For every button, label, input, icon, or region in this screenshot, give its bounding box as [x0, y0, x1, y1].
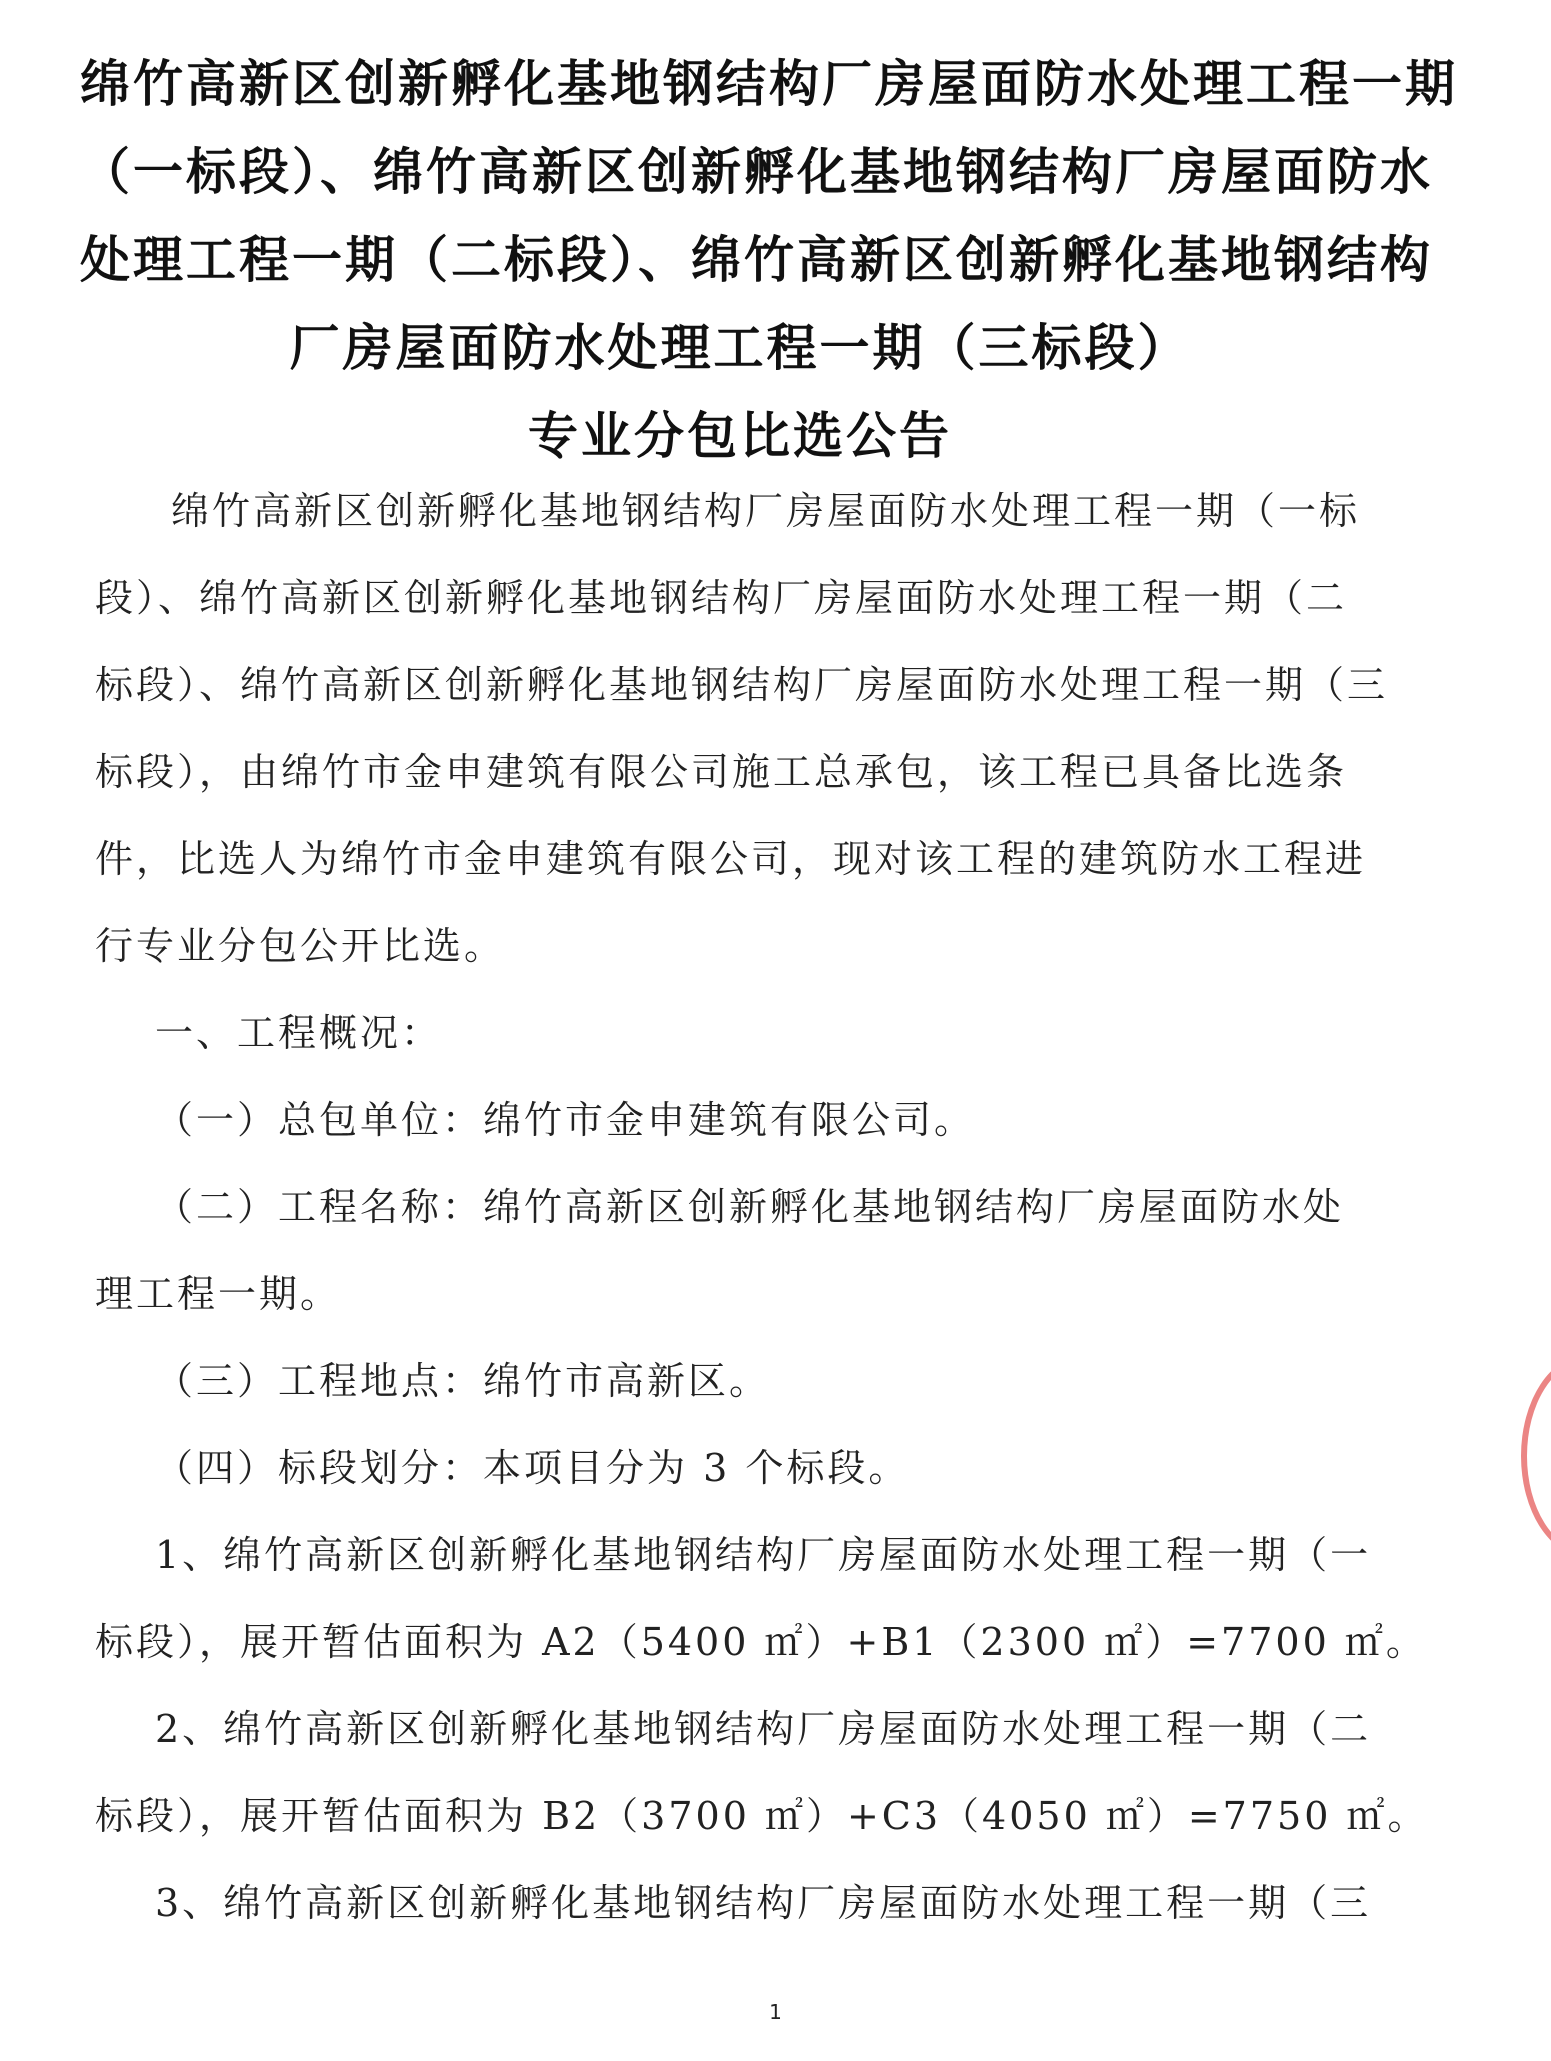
page-number: 1: [0, 2000, 1551, 2024]
sections-item: （四）标段划分：本项目分为 3 个标段。: [95, 1425, 1395, 1512]
intro-line-5: 件，比选人为绵竹市金申建筑有限公司，现对该工程的建筑防水工程进: [95, 816, 1395, 903]
document-subtitle: 专业分包比选公告: [80, 392, 1400, 480]
intro-line-1: 绵竹高新区创新孵化基地钢结构厂房屋面防水处理工程一期（一标: [95, 468, 1395, 555]
lot-2-line-2: 标段），展开暂估面积为 B2（3700 ㎡）+C3（4050 ㎡）=7750 ㎡…: [95, 1773, 1395, 1860]
body-text: 绵竹高新区创新孵化基地钢结构厂房屋面防水处理工程一期（一标 段）、绵竹高新区创新…: [95, 468, 1395, 1947]
title-block: 绵竹高新区创新孵化基地钢结构厂房屋面防水处理工程一期 （一标段）、绵竹高新区创新…: [80, 40, 1400, 480]
lot-1-line-1: 1、绵竹高新区创新孵化基地钢结构厂房屋面防水处理工程一期（一: [95, 1512, 1395, 1599]
document-page: 绵竹高新区创新孵化基地钢结构厂房屋面防水处理工程一期 （一标段）、绵竹高新区创新…: [0, 0, 1551, 2061]
project-name-item: （二）工程名称：绵竹高新区创新孵化基地钢结构厂房屋面防水处: [95, 1164, 1395, 1251]
lot-3-line-1: 3、绵竹高新区创新孵化基地钢结构厂房屋面防水处理工程一期（三: [95, 1860, 1395, 1947]
red-seal-stamp: [1521, 1355, 1551, 1557]
intro-line-6: 行专业分包公开比选。: [95, 903, 1395, 990]
lot-1-line-2: 标段），展开暂估面积为 A2（5400 ㎡）+B1（2300 ㎡）=7700 ㎡…: [95, 1599, 1395, 1686]
title-line-4: 厂房屋面防水处理工程一期（三标段）: [80, 304, 1400, 392]
title-line-2: （一标段）、绵竹高新区创新孵化基地钢结构厂房屋面防水: [80, 128, 1400, 216]
intro-line-4: 标段），由绵竹市金申建筑有限公司施工总承包，该工程已具备比选条: [95, 729, 1395, 816]
project-name-item-cont: 理工程一期。: [95, 1251, 1395, 1338]
lot-2-line-1: 2、绵竹高新区创新孵化基地钢结构厂房屋面防水处理工程一期（二: [95, 1686, 1395, 1773]
intro-line-2: 段）、绵竹高新区创新孵化基地钢结构厂房屋面防水处理工程一期（二: [95, 555, 1395, 642]
title-line-1: 绵竹高新区创新孵化基地钢结构厂房屋面防水处理工程一期: [80, 40, 1400, 128]
location-item: （三）工程地点：绵竹市高新区。: [95, 1338, 1395, 1425]
title-line-3: 处理工程一期（二标段）、绵竹高新区创新孵化基地钢结构: [80, 216, 1400, 304]
contractor-item: （一）总包单位：绵竹市金申建筑有限公司。: [95, 1077, 1395, 1164]
intro-line-3: 标段）、绵竹高新区创新孵化基地钢结构厂房屋面防水处理工程一期（三: [95, 642, 1395, 729]
section-heading: 一、工程概况：: [95, 990, 1395, 1077]
